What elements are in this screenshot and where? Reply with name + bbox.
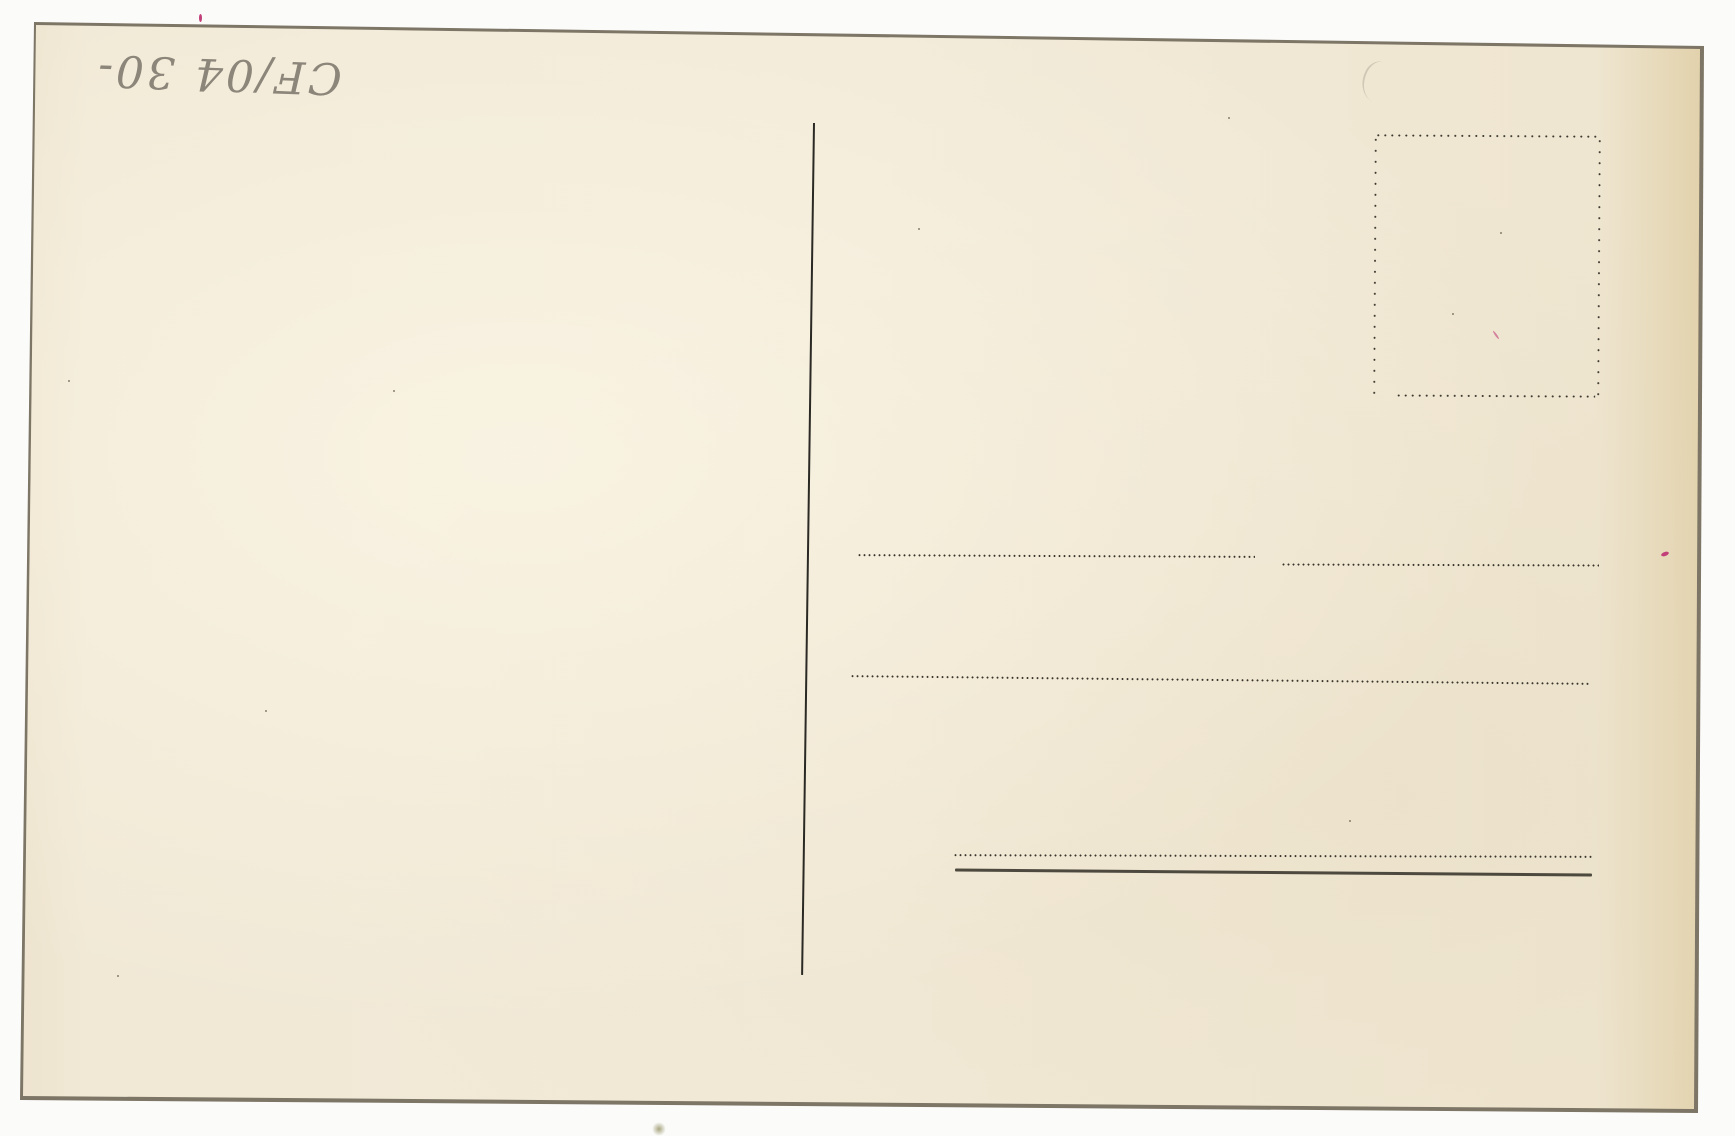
paper-speck [1228,117,1230,119]
stamp-box-left-edge [1373,134,1377,396]
pink-ink-mark-top [199,14,202,22]
scanner-smudge [652,1122,666,1136]
paper-speck [393,390,395,392]
paper-speck [918,228,920,230]
paper-speck [68,380,70,382]
paper-speck [1500,232,1502,234]
paper-speck [1349,820,1351,822]
paper-speck [117,975,119,977]
stamp-box [1373,134,1601,397]
stamp-box-top-edge [1375,134,1601,137]
handwritten-annotation: CF/04 30- [71,39,343,106]
paper-speck [1452,313,1454,315]
paper-speck [265,710,267,712]
